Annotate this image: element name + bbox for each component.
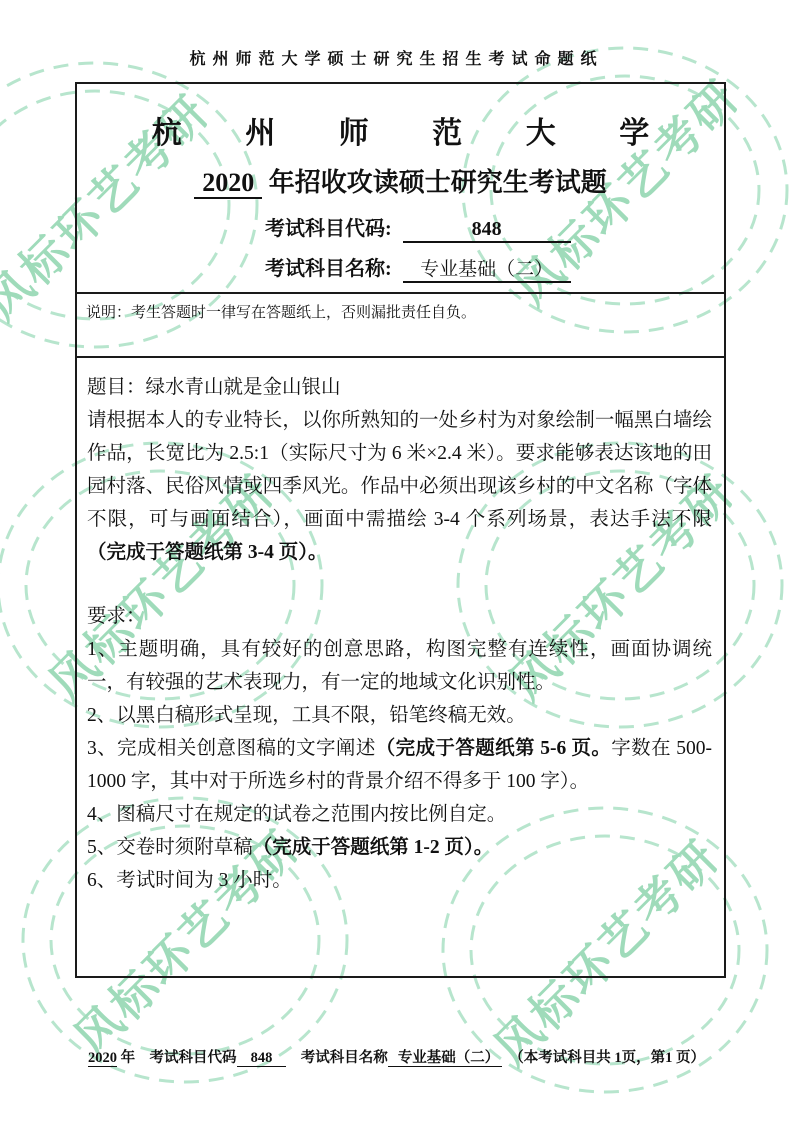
- intro-run-bold: （完成于答题纸第 3-4 页）。: [87, 542, 328, 563]
- subject-name-row: 考试科目名称: 专业基础（二）: [265, 252, 571, 283]
- exam-paper-sheet: 风标环艺考研 风标环艺考研 风标环艺考研 风标环艺考研: [0, 0, 793, 1122]
- req-run: 3、完成相关创意图稿的文字阐述: [87, 738, 376, 759]
- footer-page-info: （本考试科目共 1页，第1 页）: [502, 1050, 705, 1066]
- req-run: 1、主题明确，具有较好的创意思路，构图完整有连续性，画面协调统一，有较强的艺术表…: [87, 639, 712, 693]
- document-layer: 杭州师范大学硕士研究生招生考试命题纸 杭 州 师 范 大 学 2020 年招收攻…: [0, 0, 793, 1122]
- subject-code-row: 考试科目代码: 848: [265, 212, 571, 243]
- requirement-item: 6、考试时间为 3 小时。: [87, 864, 712, 897]
- footer-name-label: 考试科目名称: [286, 1050, 388, 1066]
- req-run: 4、图稿尺寸在规定的试卷之范围内按比例自定。: [87, 804, 506, 825]
- req-run-bold: （完成于答题纸第 1-2 页）。: [253, 837, 494, 858]
- title-block: 杭 州 师 范 大 学 2020 年招收攻读硕士研究生考试题 考试科目代码: 8…: [77, 84, 724, 292]
- requirements-label: 要求：: [87, 600, 712, 633]
- footer-name-value: 专业基础（二）: [388, 1050, 502, 1067]
- subject-code-label: 考试科目代码:: [265, 218, 392, 240]
- exam-title: 2020 年招收攻读硕士研究生考试题: [77, 162, 724, 199]
- intro-run: 请根据本人的专业特长，以你所熟知的一处乡村为对象绘制一幅黑白墙绘作品，长宽比为 …: [87, 410, 712, 530]
- exam-year: 2020: [194, 168, 262, 199]
- subject-code-value: 848: [403, 218, 571, 243]
- page-footer: 2020 年 考试科目代码848 考试科目名称专业基础（二） （本考试科目共 1…: [0, 1046, 793, 1067]
- subject-name-value: 专业基础（二）: [403, 254, 571, 283]
- requirement-item: 3、完成相关创意图稿的文字阐述（完成于答题纸第 5-6 页。字数在 500-10…: [87, 732, 712, 798]
- requirement-item: 5、交卷时须附草稿（完成于答题纸第 1-2 页）。: [87, 831, 712, 864]
- university-name: 杭 州 师 范 大 学: [77, 84, 724, 152]
- requirement-item: 1、主题明确，具有较好的创意思路，构图完整有连续性，画面协调统一，有较强的艺术表…: [87, 633, 712, 699]
- req-run: 6、考试时间为 3 小时。: [87, 870, 292, 891]
- footer-code-value: 848: [237, 1050, 287, 1067]
- requirement-item: 4、图稿尺寸在规定的试卷之范围内按比例自定。: [87, 798, 712, 831]
- exam-title-text: 年招收攻读硕士研究生考试题: [262, 168, 607, 197]
- req-run: 2、以黑白稿形式呈现，工具不限，铅笔终稿无效。: [87, 705, 526, 726]
- req-run: 5、交卷时须附草稿: [87, 837, 253, 858]
- footer-code-label: 年 考试科目代码: [117, 1050, 237, 1066]
- req-run-bold: （完成于答题纸第 5-6 页。: [376, 738, 612, 759]
- requirement-item: 2、以黑白稿形式呈现，工具不限，铅笔终稿无效。: [87, 699, 712, 732]
- topic-line: 题目：绿水青山就是金山银山: [87, 371, 712, 404]
- footer-year: 2020: [88, 1050, 117, 1067]
- exam-paper-box: 杭 州 师 范 大 学 2020 年招收攻读硕士研究生考试题 考试科目代码: 8…: [75, 82, 726, 978]
- page-header-title: 杭州师范大学硕士研究生招生考试命题纸: [0, 46, 793, 69]
- notice-text: 说明：考生答题时一律写在答题纸上，否则漏批责任自负。: [77, 292, 724, 358]
- exam-content: 题目：绿水青山就是金山银山 请根据本人的专业特长，以你所熟知的一处乡村为对象绘制…: [77, 358, 724, 897]
- subject-name-label: 考试科目名称:: [265, 258, 392, 280]
- intro-paragraph: 请根据本人的专业特长，以你所熟知的一处乡村为对象绘制一幅黑白墙绘作品，长宽比为 …: [87, 404, 712, 569]
